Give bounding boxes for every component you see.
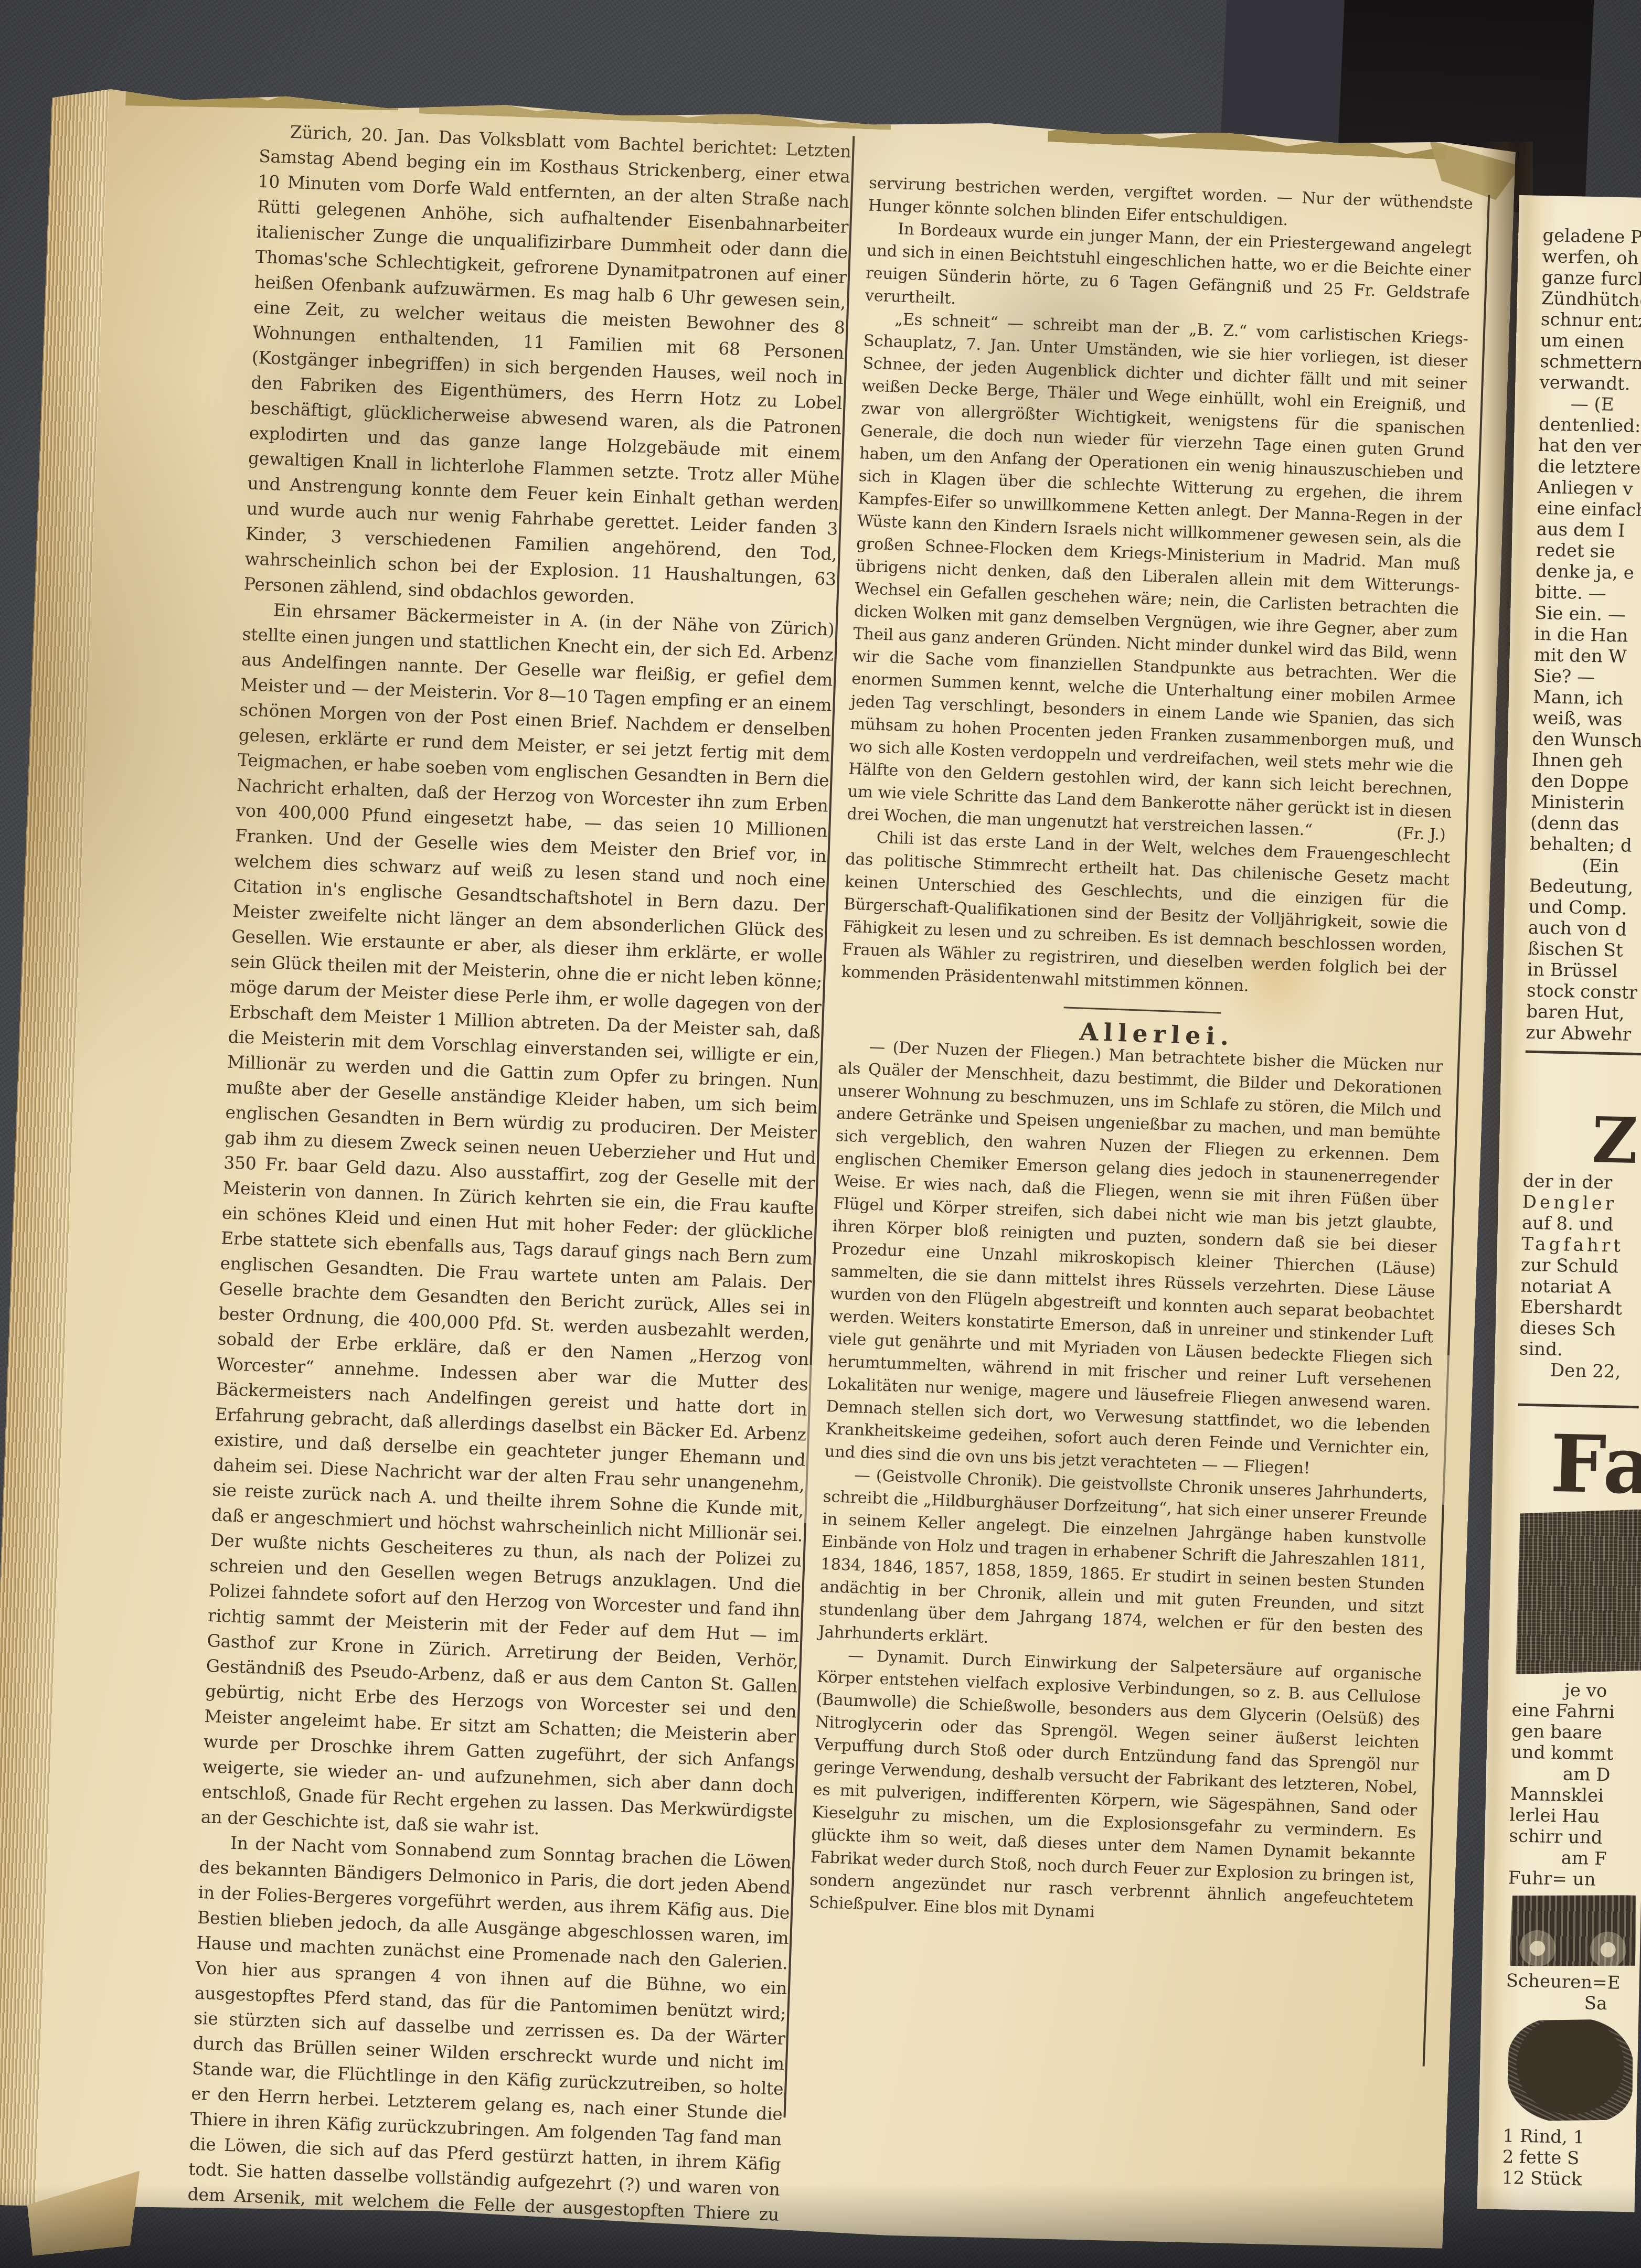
clipped-text-line: Anliegen v: [1537, 477, 1641, 500]
clipped-text-line: behalten; d: [1530, 833, 1641, 857]
news-paragraph-baeckermeister: Ein ehrsamer Bäckermeister in A. (in der…: [200, 596, 835, 1850]
clipped-text-line: sind.: [1519, 1338, 1641, 1362]
clipped-text-line: auch von d: [1528, 917, 1641, 941]
clipped-text-line: und kommt: [1510, 1741, 1641, 1765]
clipped-text-line: Scheuren=E: [1506, 1970, 1641, 1994]
clipped-text-line: zur Abwehr: [1526, 1022, 1641, 1046]
news-paragraph-zurich: Zürich, 20. Jan. Das Volksblatt vom Bach…: [243, 119, 851, 617]
clipped-text-line: mit den W: [1533, 645, 1641, 668]
torn-edge-fragment: [125, 80, 399, 110]
clipped-text-line: ganze furcht: [1541, 267, 1641, 291]
clipped-text-line: um einen: [1540, 330, 1641, 354]
clipped-text-line: weiß, was: [1532, 708, 1641, 731]
clipped-text-line: (denn das: [1530, 812, 1641, 836]
news-column-2: servirung bestrichen werden, vergiftet w…: [808, 172, 1473, 1934]
clipped-text-line: schnur entzi: [1541, 309, 1641, 333]
clipped-text-line: verwandt.: [1539, 372, 1641, 395]
clipped-text-line: baren Hut,: [1526, 1001, 1641, 1025]
clipped-text-line: zur Schuld: [1521, 1255, 1641, 1278]
clipped-text-line: schirr und: [1509, 1825, 1641, 1849]
clipped-text-line: Sie ein. —: [1535, 603, 1641, 626]
clipped-text-line: 1 Rind, 1: [1503, 2125, 1639, 2149]
clipped-text-line: den Doppe: [1531, 771, 1641, 794]
clipped-text-line: Dengler: [1522, 1192, 1641, 1215]
photo-of-open-newspaper: { "page": { "left_column": { "para_zuric…: [0, 0, 1641, 2268]
news-paragraph-fliegen: — (Der Nuzen der Fliegen.) Man betrachte…: [824, 1034, 1443, 1484]
clipped-text-line: Sa: [1505, 1991, 1641, 2015]
clipped-text-line: hat den ver: [1538, 435, 1641, 458]
advert-large-initial: Z: [1523, 1108, 1641, 1173]
advert-divider: [1518, 1403, 1639, 1408]
ox-woodcut: [1506, 2016, 1634, 2124]
clipped-text-line: Ministerin: [1530, 791, 1641, 815]
market-scene-woodcut: [1516, 1507, 1641, 1677]
clipped-text-line: auf 8. und: [1522, 1213, 1641, 1236]
news-column-1: Zürich, 20. Jan. Das Volksblatt vom Bach…: [186, 119, 851, 2253]
book-fore-edge: [0, 83, 109, 2212]
clipped-text-line: eine Fahrni: [1511, 1699, 1641, 1723]
clipped-text-line: dieses Sch: [1519, 1317, 1641, 1341]
clipped-text-line: Sie? —: [1533, 666, 1641, 689]
news-paragraph-dynamit: — Dynamit. Durch Einwirkung der Salpeter…: [808, 1643, 1422, 1935]
advert-headline: Fah: [1516, 1424, 1641, 1505]
section-divider: [1064, 1007, 1221, 1013]
clipped-text-line: Ihnen geh: [1531, 750, 1641, 773]
clipped-text-line: schmettern.: [1540, 351, 1641, 375]
spacer: [1525, 1061, 1641, 1110]
clipped-text-line: notariat A: [1520, 1276, 1641, 1299]
clipped-text-line: — (E: [1539, 393, 1641, 416]
clipped-text-line: geladene P: [1542, 225, 1641, 249]
clipped-text-line: in die Han: [1534, 624, 1641, 647]
clipped-text-line: Zündhütche: [1541, 288, 1641, 312]
clipped-text-line: lerlei Hau: [1509, 1804, 1641, 1828]
clipped-text-line: die letztere.: [1538, 456, 1641, 479]
clipped-text-line: Den 22,: [1519, 1359, 1641, 1383]
clipped-text-line: aus dem I: [1536, 519, 1641, 542]
clipped-text-line: ßischen St: [1527, 938, 1641, 962]
clipped-text-line: und Comp.: [1528, 896, 1641, 920]
news-paragraph-chili: Chili ist das erste Land in der Welt, we…: [841, 826, 1451, 1004]
clipped-text-line: eine einfach: [1537, 498, 1641, 521]
clipped-text-line: Bedeutung,: [1529, 875, 1641, 899]
newspaper-left-page: Zürich, 20. Jan. Das Volksblatt vom Bach…: [0, 83, 1516, 2261]
clipped-text-line: am F: [1508, 1846, 1641, 1870]
clipped-text-line: 2 fette S: [1502, 2146, 1639, 2170]
clipped-text-line: redet sie: [1536, 540, 1641, 563]
wagon-woodcut: [1509, 1892, 1637, 1969]
torn-edge-fragment: [419, 92, 891, 130]
clipped-text-line: denke ja, e: [1536, 561, 1641, 584]
advert-divider: [1526, 1051, 1641, 1056]
clipped-text-line: werfen, oh: [1542, 246, 1641, 270]
clipped-text-line: stock constr: [1527, 980, 1641, 1004]
clipped-text-line: (Ein: [1529, 854, 1641, 878]
clipped-text-line: je vo: [1512, 1678, 1641, 1702]
bottom-shadow: [0, 2184, 1641, 2268]
news-paragraph-es-schneit: „Es schneit“ — schreibt man der „B. Z.“ …: [847, 307, 1469, 847]
clipped-text-line: bitte. —: [1535, 582, 1641, 605]
spacer: [1518, 1380, 1641, 1398]
clipped-text-line: am D: [1510, 1762, 1641, 1786]
right-page-items: geladene Pwerfen, ohganze furchtZündhütc…: [1501, 225, 1641, 2191]
clipped-text-line: Tagfahrt: [1521, 1234, 1641, 1257]
clipped-text-line: Ebershardt: [1520, 1297, 1641, 1320]
clipped-text-line: den Wunsch: [1532, 729, 1641, 752]
clipped-text-line: gen baare: [1511, 1720, 1641, 1744]
clipped-text-line: Fuhr= un: [1508, 1867, 1641, 1891]
clipped-text-line: dentenlied:: [1538, 414, 1641, 437]
news-paragraph-chronik: — (Geistvolle Chronik). Die geistvollste…: [818, 1463, 1428, 1664]
clipped-text-line: Mann, ich: [1533, 687, 1641, 710]
clipped-text-line: Mannsklei: [1510, 1783, 1641, 1807]
clipped-text-line: in Brüssel: [1527, 959, 1641, 983]
